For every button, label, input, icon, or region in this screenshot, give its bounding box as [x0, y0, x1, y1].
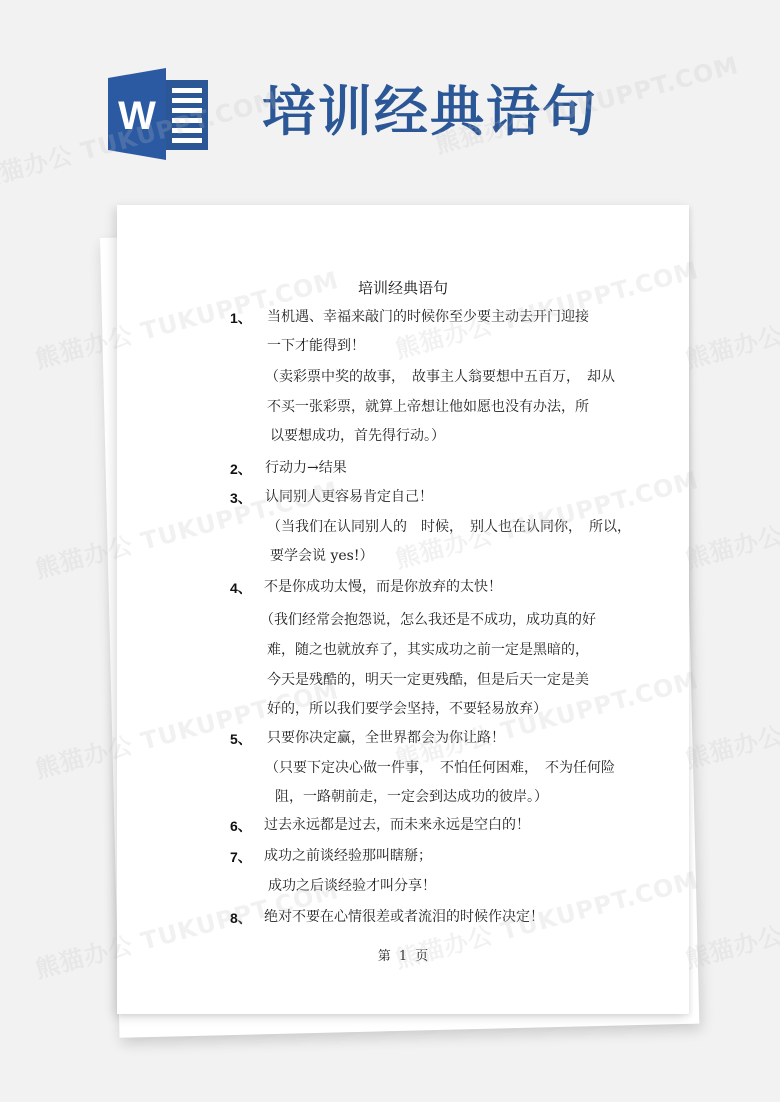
item-note: 要学会说 yes!） [270, 547, 373, 565]
item-text: 行动力→结果 [265, 459, 347, 477]
item-note: （只要下定决心做一件事， 不怕任何困难， 不为任何险 [265, 759, 615, 777]
watermark: 熊猫办公 TUKUPPT.COM [681, 660, 780, 775]
item-note: 好的，所以我们要学会坚持，不要轻易放弃） [267, 700, 547, 718]
item-note: 今天是残酷的，明天一定更残酷，但是后天一定是美 [267, 671, 589, 689]
item-number: 6、 [230, 816, 252, 836]
item-text: 过去永远都是过去，而未来永远是空白的！ [264, 816, 530, 834]
item-number: 3、 [230, 488, 252, 508]
header: W 培训经典语句 [0, 0, 780, 190]
item-text: 成功之前谈经验那叫瞎掰； [264, 847, 432, 865]
item-number: 4、 [230, 578, 252, 598]
header-title: 培训经典语句 [262, 78, 598, 144]
item-note: （卖彩票中奖的故事， 故事主人翁要想中五百万， 却从 [265, 368, 615, 386]
item-text: 认同别人更容易肯定自己！ [265, 488, 433, 506]
item-text: 只要你决定赢，全世界都会为你让路！ [267, 729, 505, 747]
item-text: 绝对不要在心情很差或者流泪的时候作决定！ [264, 908, 544, 926]
item-text: 成功之后谈经验才叫分享！ [268, 877, 436, 895]
item-number: 7、 [230, 847, 252, 867]
item-number: 5、 [230, 729, 252, 749]
item-text: 不是你成功太慢，而是你放弃的太快！ [264, 578, 502, 596]
watermark: 熊猫办公 TUKUPPT.COM [681, 460, 780, 575]
item-note: 以要想成功，首先得行动。） [270, 427, 445, 445]
watermark: 熊猫办公 TUKUPPT.COM [681, 260, 780, 375]
item-note: （当我们在认同别人的 时候， 别人也在认同你， 所以， [267, 518, 631, 536]
document-title: 培训经典语句 [117, 277, 689, 298]
item-number: 1、 [230, 308, 252, 328]
item-number: 8、 [230, 908, 252, 928]
item-text: 当机遇、幸福来敲门的时候你至少要主动去开门迎接 [267, 308, 589, 326]
item-note: （我们经常会抱怨说，怎么我还是不成功，成功真的好 [260, 611, 596, 629]
item-note: 难，随之也就放弃了，其实成功之前一定是黑暗的， [267, 641, 589, 659]
word-icon: W [108, 68, 210, 160]
item-note: 不买一张彩票，就算上帝想让他如愿也没有办法，所 [267, 398, 589, 416]
document-page: 培训经典语句 1、 当机遇、幸福来敲门的时候你至少要主动去开门迎接 一下才能得到… [117, 205, 689, 1014]
svg-text:W: W [118, 94, 156, 138]
page-number: 第 1 页 [117, 945, 689, 964]
item-text: 一下才能得到！ [267, 337, 365, 355]
item-number: 2、 [230, 459, 252, 479]
item-note: 阻，一路朝前走，一定会到达成功的彼岸。） [275, 788, 548, 806]
